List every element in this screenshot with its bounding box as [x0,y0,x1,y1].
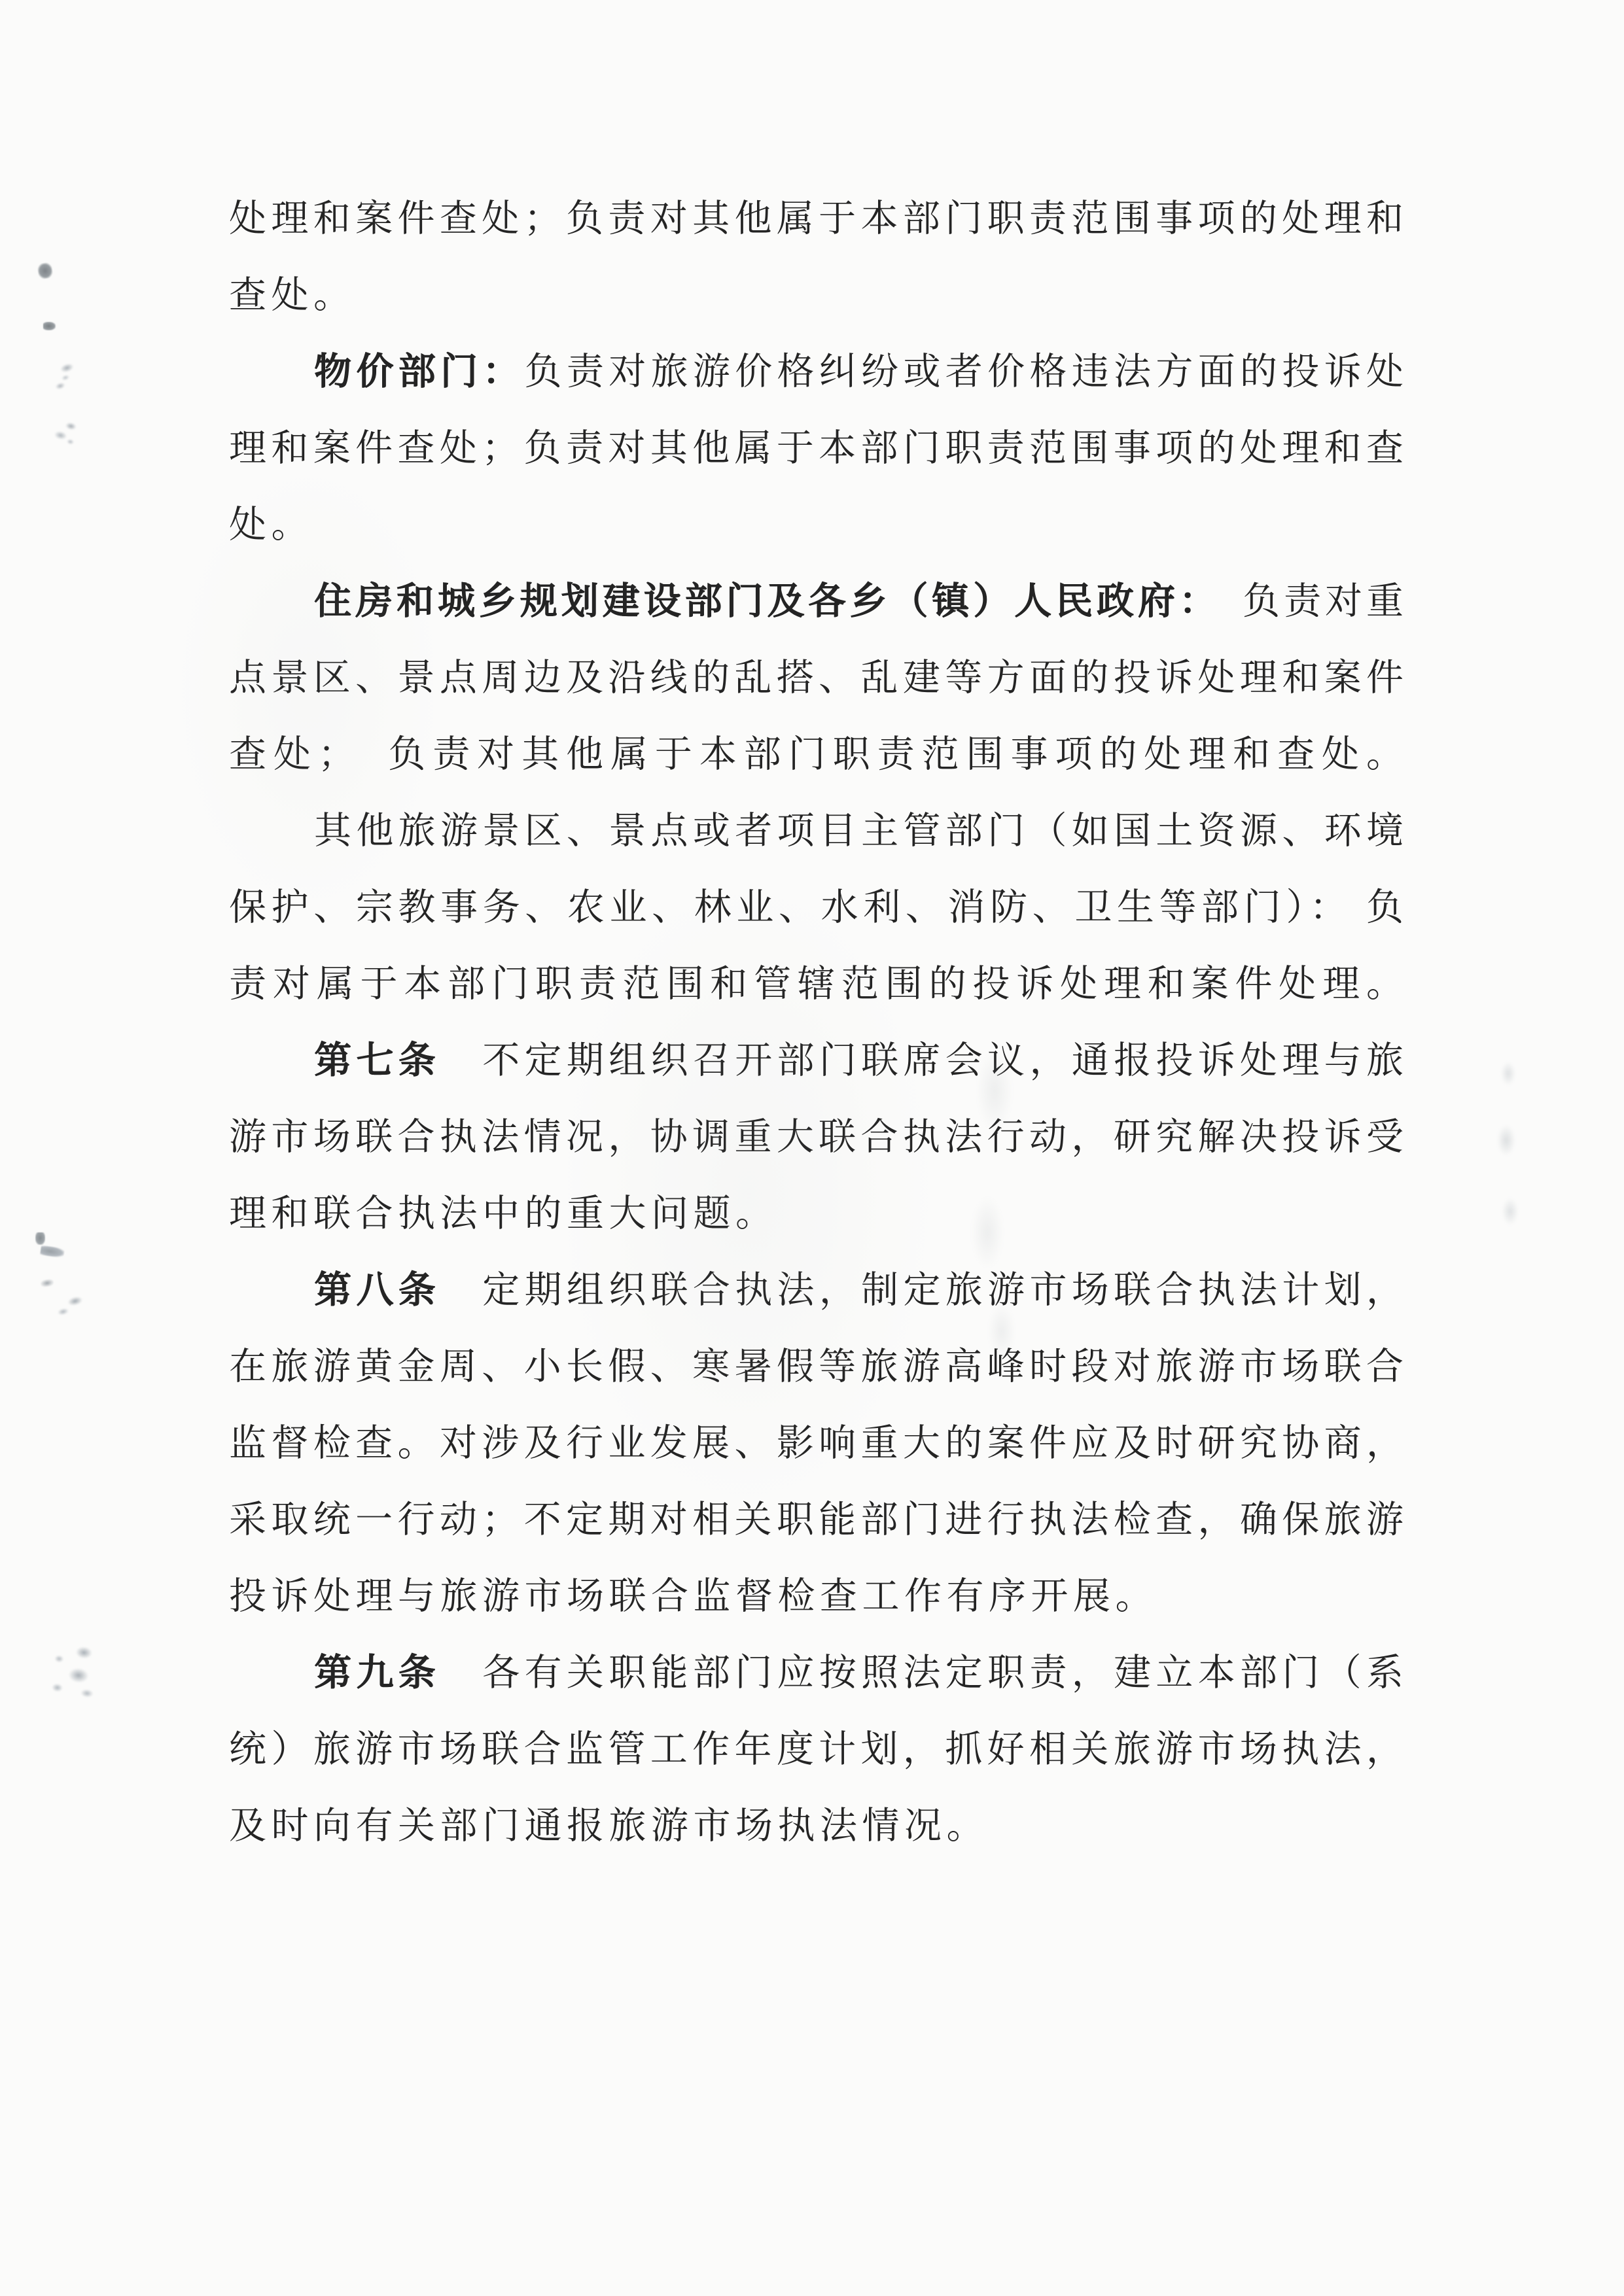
text-line: 监督检查。对涉及行业发展、影响重大的案件应及时研究协商， [229,1405,1403,1482]
scan-smudge [37,262,53,280]
text-line: 点景区、景点周边及沿线的乱搭、乱建等方面的投诉处理和案件 [229,640,1403,716]
text-line: 第七条 不定期组织召开部门联席会议，通报投诉处理与旅 [229,1022,1403,1099]
scan-smudge [40,1278,54,1287]
text-line: 统）旅游市场联合监管工作年度计划，抓好相关旅游市场执法， [229,1711,1403,1788]
text-line: 及时向有关部门通报旅游市场执法情况。 [229,1788,1403,1864]
emphasis-text: 第七条 [314,1040,440,1081]
text-line: 处。 [229,487,1403,563]
scan-smudge [48,1291,92,1321]
text-line: 理和联合执法中的重大问题。 [229,1175,1403,1252]
text-line: 住房和城乡规划建设部门及各乡（镇）人民政府： 负责对重 [229,563,1403,640]
body-text: 处理和案件查处；负责对其他属于本部门职责范围事项的处理和 [229,198,1403,239]
text-line: 在旅游黄金周、小长假、寒暑假等旅游高峰时段对旅游市场联合 [229,1329,1403,1405]
body-text: 定期组织联合执法，制定旅游市场联合执法计划， [440,1270,1403,1311]
emphasis-text: 住房和城乡规划建设部门及各乡（镇）人民政府： [314,581,1201,622]
text-line: 游市场联合执法情况，协调重大联合执法行动，研究解决投诉受 [229,1099,1403,1175]
body-text: 理和案件查处；负责对其他属于本部门职责范围事项的处理和查 [229,428,1403,469]
body-text: 负责对重 [1201,581,1403,622]
scanned-document-page: 处理和案件查处；负责对其他属于本部门职责范围事项的处理和查处。物价部门：负责对旅… [0,0,1624,2296]
text-line: 第九条 各有关职能部门应按照法定职责，建立本部门（系 [229,1635,1403,1711]
body-text: 负责对旅游价格纠纷或者价格违法方面的投诉处 [525,351,1403,392]
body-text: 在旅游黄金周、小长假、寒暑假等旅游高峰时段对旅游市场联合 [229,1346,1403,1387]
body-text: 点景区、景点周边及沿线的乱搭、乱建等方面的投诉处理和案件 [229,657,1403,699]
emphasis-text: 第八条 [314,1270,440,1311]
body-text: 理和联合执法中的重大问题。 [229,1193,778,1234]
body-text: 处。 [229,504,313,546]
scan-smudge [44,356,84,395]
text-line: 查处。 [229,257,1403,334]
text-line: 其他旅游景区、景点或者项目主管部门（如国土资源、环境 [229,793,1403,869]
emphasis-text: 第九条 [314,1652,440,1694]
text-line: 查处； 负责对其他属于本部门职责范围事项的处理和查处。 [229,716,1403,793]
text-line: 投诉处理与旅游市场联合监督检查工作有序开展。 [229,1558,1403,1635]
scan-smudge [43,322,56,330]
scan-smudge [43,1637,109,1706]
text-line: 第八条 定期组织联合执法，制定旅游市场联合执法计划， [229,1252,1403,1329]
body-text: 不定期组织召开部门联席会议，通报投诉处理与旅 [440,1040,1403,1081]
body-text: 查处。 [229,275,356,316]
body-text: 监督检查。对涉及行业发展、影响重大的案件应及时研究协商， [229,1423,1403,1464]
text-line: 处理和案件查处；负责对其他属于本部门职责范围事项的处理和 [229,181,1403,257]
emphasis-text: 物价部门： [314,351,525,392]
document-body: 处理和案件查处；负责对其他属于本部门职责范围事项的处理和查处。物价部门：负责对旅… [229,181,1403,1864]
body-text: 查处； 负责对其他属于本部门职责范围事项的处理和查处。 [229,734,1403,775]
scan-smudge [35,1232,45,1245]
text-line: 理和案件查处；负责对其他属于本部门职责范围事项的处理和查 [229,410,1403,487]
body-text: 游市场联合执法情况，协调重大联合执法行动，研究解决投诉受 [229,1117,1403,1158]
scan-smudge [40,1245,65,1259]
body-text: 各有关职能部门应按照法定职责，建立本部门（系 [440,1652,1403,1694]
body-text: 及时向有关部门通报旅游市场执法情况。 [229,1805,989,1847]
text-line: 责对属于本部门职责范围和管辖范围的投诉处理和案件处理。 [229,946,1403,1022]
body-text: 统）旅游市场联合监管工作年度计划，抓好相关旅游市场执法， [229,1729,1403,1770]
text-line: 物价部门：负责对旅游价格纠纷或者价格违法方面的投诉处 [229,334,1403,410]
body-text: 保护、宗教事务、农业、林业、水利、消防、卫生等部门）： 负 [229,887,1403,928]
scan-smudge [45,413,85,452]
scan-smudge [1484,1034,1532,1256]
text-line: 保护、宗教事务、农业、林业、水利、消防、卫生等部门）： 负 [229,869,1403,946]
text-line: 采取统一行动；不定期对相关职能部门进行执法检查，确保旅游 [229,1482,1403,1558]
body-text: 责对属于本部门职责范围和管辖范围的投诉处理和案件处理。 [229,964,1403,1005]
body-text: 其他旅游景区、景点或者项目主管部门（如国土资源、环境 [314,810,1403,852]
body-text: 采取统一行动；不定期对相关职能部门进行执法检查，确保旅游 [229,1499,1403,1540]
body-text: 投诉处理与旅游市场联合监督检查工作有序开展。 [229,1576,1157,1617]
